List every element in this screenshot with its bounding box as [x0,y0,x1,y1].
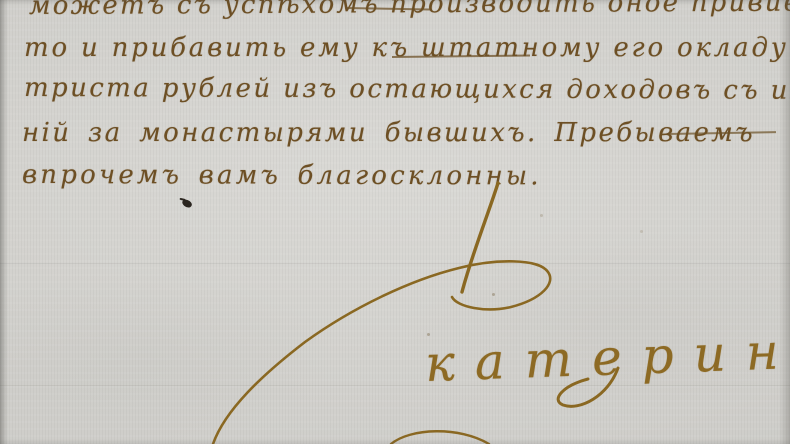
manuscript-photo: можетъ съ успѣхомъ производить оное прив… [0,0,790,444]
ink-speck [492,293,495,296]
ink-blot [181,198,193,210]
manuscript-line: можетъ съ успѣхомъ производить оное прив… [29,0,790,23]
ink-speck [540,214,543,217]
manuscript-line: триста рублей изъ остающихся доходовъ съ… [24,71,790,108]
manuscript-line: ній за монастырями бывшихъ. Пребываемъ [22,116,755,150]
page-bottom-shadow [0,439,790,444]
ink-speck [640,230,643,233]
signature-text: катерина [424,320,790,393]
manuscript-line: впрочемъ вамъ благосклонны. [22,158,542,193]
manuscript-line: то и прибавить ему къ штатному его оклад… [24,31,790,65]
paper-chain-line [0,385,790,386]
paper-chain-line [0,263,790,264]
page-left-shadow [0,0,8,444]
